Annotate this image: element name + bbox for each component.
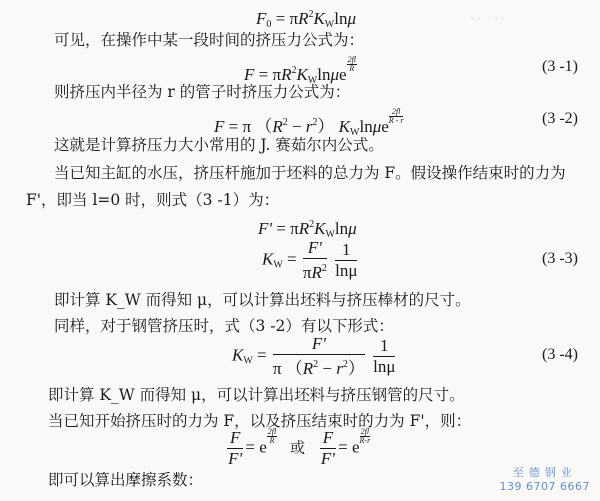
equation-ratio: FF'= e2flR 或 FF'= e2flR-r: [225, 428, 370, 469]
fraction-numerator: F': [303, 238, 327, 259]
paragraph-5: F'，即当 l=0 时，则式（3 -1）为：: [26, 190, 279, 210]
paragraph-1: 可见，在操作中某一段时间的挤压力公式为：: [54, 30, 364, 50]
watermark-phone: 139 6707 6667: [500, 480, 590, 493]
paragraph-2: 则挤压内半径为 r 的管子时挤压力公式为：: [54, 82, 350, 102]
fraction-denominator: lnμ: [373, 357, 395, 377]
paragraph-10: 即可以算出摩擦系数：: [48, 470, 203, 490]
exponent-denominator: R: [267, 437, 277, 445]
equation-number-3-1: (3 -1): [542, 58, 578, 76]
watermark-company: 至德钢业: [500, 464, 590, 480]
equation-number-3-2: (3 -2): [542, 110, 578, 128]
document-page: 、、 、、 F0 = πR2KWlnμ 可见，在操作中某一段时间的挤压力公式为：…: [0, 0, 600, 501]
equation-number-3-3: (3 -3): [542, 250, 578, 268]
equation-3-3: KW = F'πR2 1lnμ: [262, 238, 359, 283]
fraction-denominator: F': [227, 449, 243, 469]
fraction-denominator: lnμ: [335, 261, 357, 281]
equation-number-3-4: (3 -4): [542, 346, 578, 364]
watermark: 至德钢业 139 6707 6667: [500, 464, 590, 493]
paragraph-8: 即计算 K_W 而得知 μ，可以计算出坯料与挤压钢管的尺寸。: [48, 385, 465, 405]
fraction-numerator: F': [273, 334, 365, 355]
paragraph-4: 当已知主缸的水压，挤压杆施加于坯料的总力为 F。假设操作结束时的力为: [54, 163, 566, 183]
equation-3-4: KW = F'π （R2 − r2） 1lnμ: [232, 334, 397, 379]
exponent-denominator: R-r: [360, 437, 371, 445]
fraction-numerator: F: [227, 428, 243, 449]
fraction-numerator: 1: [335, 240, 357, 261]
exponent-denominator: R - r: [389, 117, 404, 125]
paragraph-3: 这就是计算挤压力大小常用的 J. 赛茹尔内公式。: [54, 135, 384, 155]
paragraph-7: 同样，对于钢管挤压时，式（3 -2）有以下形式：: [54, 316, 394, 336]
exponent-denominator: R: [347, 65, 357, 73]
fraction-numerator: 1: [373, 336, 395, 357]
or-connector: 或: [290, 438, 305, 456]
bleed-through-text: 、、 、、: [470, 4, 513, 23]
fraction-denominator: F': [320, 449, 336, 469]
paragraph-6: 即计算 K_W 而得知 μ，可以计算出坯料与挤压棒材的尺寸。: [54, 290, 471, 310]
fraction-numerator: F: [320, 428, 336, 449]
